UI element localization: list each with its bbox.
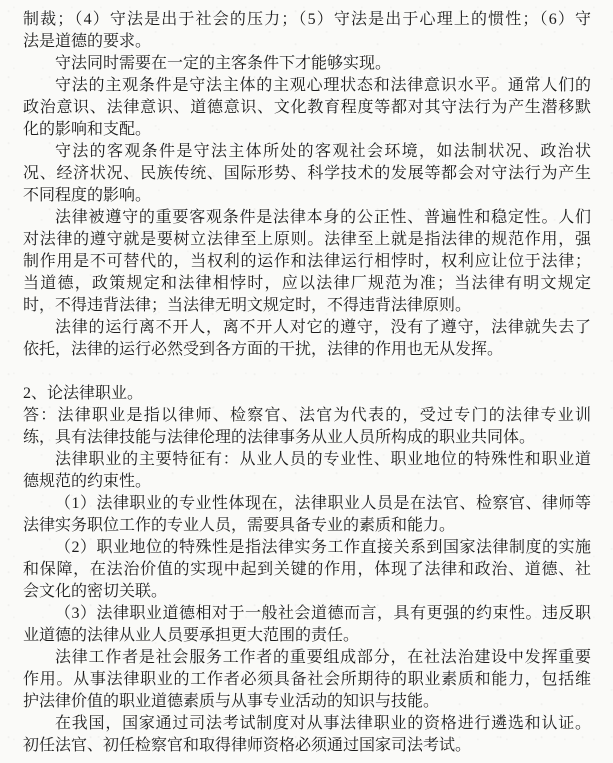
para-shoufa-conditions-intro: 守法同时需要在一定的主客条件下才能够实现。 <box>23 53 591 75</box>
question-2-heading: 2、论法律职业。 <box>23 383 591 405</box>
text-line: 政治意识、法律意识、道德意识、文化教育程度等都对其守法行为产生潜移默 <box>23 97 591 119</box>
text-line: 况、经济状况、民族传统、国际形势、科学技术的发展等都会对守法行为产生 <box>23 163 591 185</box>
text-line: 法律职业的主要特征有：从业人员的专业性、职业地位的特殊性和职业道 <box>23 449 591 471</box>
text-line: 时，不得违背法律；当法律无明文规定时，不得违背法律原则。 <box>23 295 591 317</box>
text-line: 2、论法律职业。 <box>23 383 591 405</box>
para-judicial-exam-system: 在我国，国家通过司法考试制度对从事法律职业的资格进行遴选和认证。初任法官、初任检… <box>23 713 591 757</box>
blank-line <box>23 361 591 383</box>
text-line: 法律实务职位工作的专业人员，需要具备专业的素质和能力。 <box>23 515 591 537</box>
text-line: 法律的运行离不开人，离不开人对它的遵守，没有了遵守，法律就失去了 <box>23 317 591 339</box>
text-line: 守法的主观条件是守法主体的主观心理状态和法律意识水平。通常人们的 <box>23 75 591 97</box>
para-law-supremacy: 法律被遵守的重要客观条件是法律本身的公正性、普遍性和稳定性。人们对法律的遵守就是… <box>23 207 591 317</box>
text-line: 练，具有法律技能与法律伦理的法律事务从业人员所构成的职业共同体。 <box>23 427 591 449</box>
text-block: 制裁；（4）守法是出于社会的压力；（5）守法是出于心理上的惯性；（6）守法是道德… <box>23 9 591 757</box>
text-line: 作用。从事法律职业的工作者必须具备社会所期待的职业素质和能力，包括维 <box>23 669 591 691</box>
text-line: 会文化的密切关联。 <box>23 581 591 603</box>
text-line: 法律被遵守的重要客观条件是法律本身的公正性、普遍性和稳定性。人们 <box>23 207 591 229</box>
text-line: 护法律价值的职业道德素质与从事专业活动的知识与技能。 <box>23 691 591 713</box>
text-line: 答：法律职业是指以律师、检察官、法官为代表的，受过专门的法律专业训 <box>23 405 591 427</box>
para-law-operation-depends-on-people: 法律的运行离不开人，离不开人对它的遵守，没有了遵守，法律就失去了依托，法律的运行… <box>23 317 591 361</box>
para-answer-legal-profession-definition: 答：法律职业是指以律师、检察官、法官为代表的，受过专门的法律专业训练，具有法律技… <box>23 405 591 449</box>
text-line: 在我国，国家通过司法考试制度对从事法律职业的资格进行遴选和认证。 <box>23 713 591 735</box>
para-shoufa-reasons-continuation: 制裁；（4）守法是出于社会的压力；（5）守法是出于心理上的惯性；（6）守法是道德… <box>23 9 591 53</box>
text-line: （1）法律职业的专业性体现在，法律职业人员是在法官、检察官、律师等 <box>23 493 591 515</box>
text-line: 不同程度的影响。 <box>23 185 591 207</box>
text-line: 对法律的遵守就是要树立法律至上原则。法律至上就是指法律的规范作用，强 <box>23 229 591 251</box>
text-line: 业道德的法律从业人员要承担更大范围的责任。 <box>23 625 591 647</box>
text-line: 德规范的约束性。 <box>23 471 591 493</box>
para-feature-3-professional-ethics: （3）法律职业道德相对于一般社会道德而言，具有更强的约束性。违反职业道德的法律从… <box>23 603 591 647</box>
para-feature-1-professionalism: （1）法律职业的专业性体现在，法律职业人员是在法官、检察官、律师等法律实务职位工… <box>23 493 591 537</box>
text-line: （3）法律职业道德相对于一般社会道德而言，具有更强的约束性。违反职 <box>23 603 591 625</box>
text-line: 法是道德的要求。 <box>23 31 591 53</box>
text-line: 守法的客观条件是守法主体所处的客观社会环境，如法制状况、政治状 <box>23 141 591 163</box>
para-legal-profession-main-features: 法律职业的主要特征有：从业人员的专业性、职业地位的特殊性和职业道德规范的约束性。 <box>23 449 591 493</box>
text-line: 当道德，政策规定和法律相悖时，应以法律厂规范为准；当法律有明文规定 <box>23 273 591 295</box>
document-page: 制裁；（4）守法是出于社会的压力；（5）守法是出于心理上的惯性；（6）守法是道德… <box>0 0 613 763</box>
text-line: （2）职业地位的特殊性是指法律实务工作直接关系到国家法律制度的实施 <box>23 537 591 559</box>
text-line: 依托，法律的运行必然受到各方面的干扰，法律的作用也无从发挥。 <box>23 339 591 361</box>
text-line: 化的影响和支配。 <box>23 119 591 141</box>
text-line: 初任法官、初任检察官和取得律师资格必须通过国家司法考试。 <box>23 735 591 757</box>
text-line: 制裁；（4）守法是出于社会的压力；（5）守法是出于心理上的惯性；（6）守 <box>23 9 591 31</box>
text-line: 和保障，在法治价值的实现中起到关键的作用，体现了法律和政治、道德、社 <box>23 559 591 581</box>
para-shoufa-subjective-conditions: 守法的主观条件是守法主体的主观心理状态和法律意识水平。通常人们的政治意识、法律意… <box>23 75 591 141</box>
text-line: 法律工作者是社会服务工作者的重要组成部分，在社法治建设中发挥重要 <box>23 647 591 669</box>
para-legal-workers-role: 法律工作者是社会服务工作者的重要组成部分，在社法治建设中发挥重要作用。从事法律职… <box>23 647 591 713</box>
text-line: 制作用是不可替代的，当权利的运作和法律运行相悖时，权利应让位于法律； <box>23 251 591 273</box>
text-line: 守法同时需要在一定的主客条件下才能够实现。 <box>23 53 591 75</box>
para-shoufa-objective-conditions: 守法的客观条件是守法主体所处的客观社会环境，如法制状况、政治状况、经济状况、民族… <box>23 141 591 207</box>
para-feature-2-special-status: （2）职业地位的特殊性是指法律实务工作直接关系到国家法律制度的实施和保障，在法治… <box>23 537 591 603</box>
